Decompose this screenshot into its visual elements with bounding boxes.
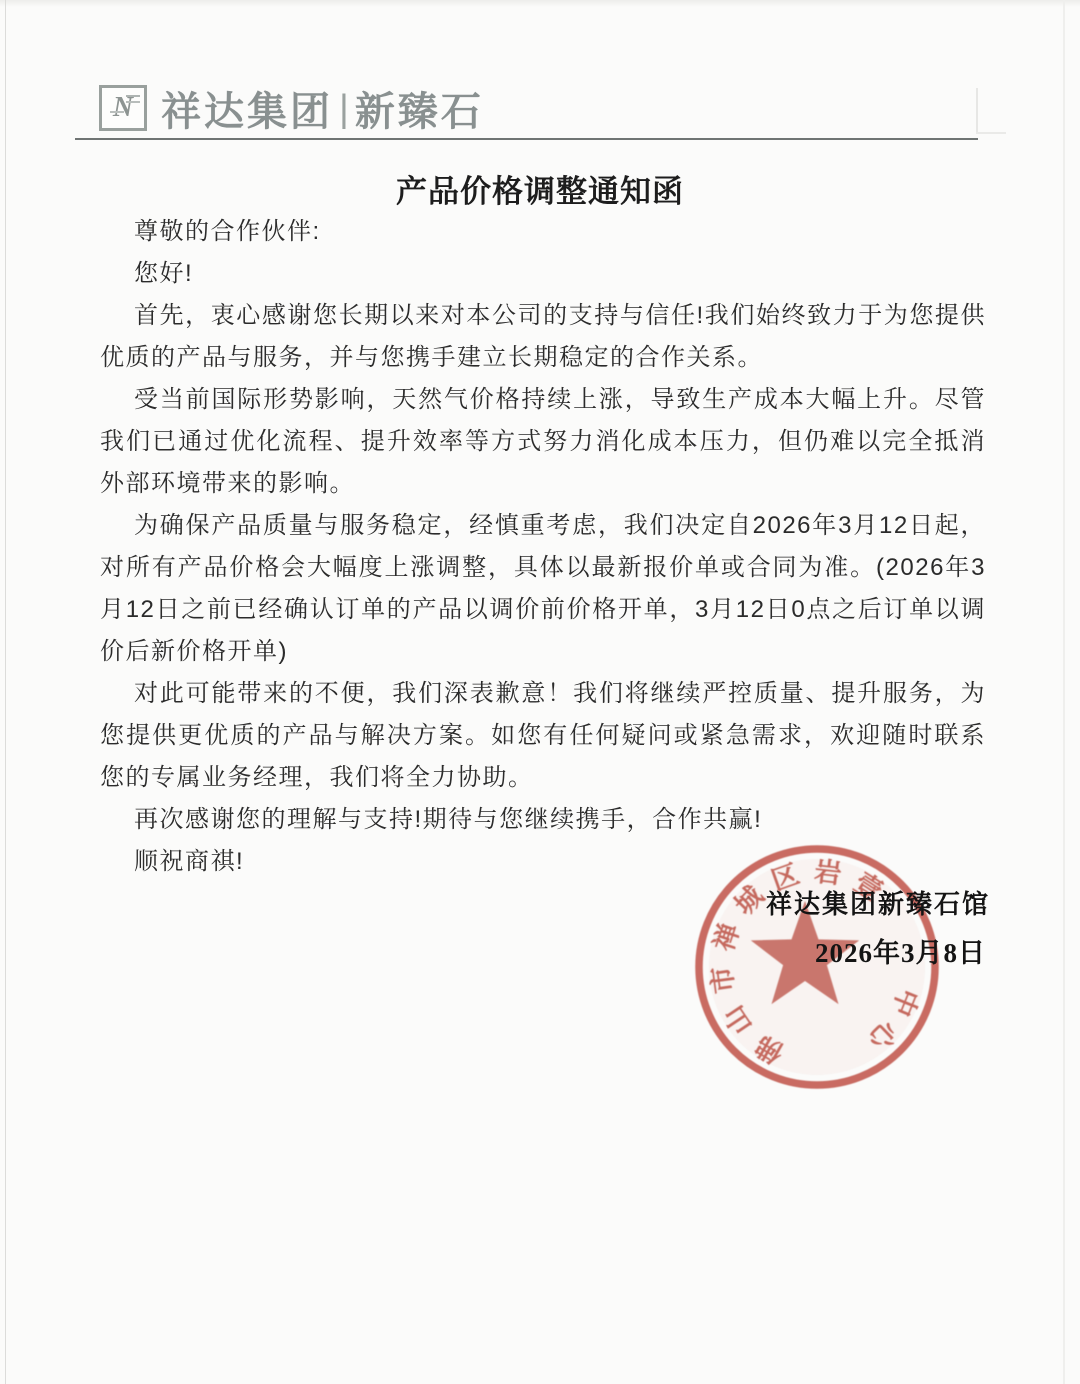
svg-text:市: 市 [706, 964, 739, 995]
paragraph: 为确保产品质量与服务稳定，经慎重考虑，我们决定自2026年3月12日起，对所有产… [100, 505, 986, 673]
letter-body: 尊敬的合作伙伴: 您好! 首先，衷心感谢您长期以来对本公司的支持与信任!我们始终… [100, 211, 986, 883]
letterhead: N 祥达集团 | 新臻石 [75, 84, 978, 140]
document-title: 产品价格调整通知函 [0, 166, 1080, 211]
signature-block: 祥达集团新臻石馆 2026年3月8日 [766, 880, 990, 978]
brand-name-group: 祥达集团 [161, 80, 333, 143]
salutation: 尊敬的合作伙伴: [100, 211, 986, 253]
brand-divider: | [339, 88, 349, 131]
paragraph: 对此可能带来的不便，我们深表歉意！我们将继续严控质量、提升服务，为您提供更优质的… [100, 673, 986, 799]
paragraph: 受当前国际形势影响，天然气价格持续上涨，导致生产成本大幅上升。尽管我们已通过优化… [100, 379, 986, 505]
closing-line: 再次感谢您的理解与支持!期待与您继续携手，合作共赢! [100, 799, 986, 841]
paragraph: 首先，衷心感谢您长期以来对本公司的支持与信任!我们始终致力于为您提供优质的产品与… [100, 295, 986, 379]
brand-name-product: 新臻石 [355, 80, 484, 143]
company-logo-icon: N [99, 85, 147, 131]
logo-monogram: N [113, 94, 133, 122]
scan-scratch-horizontal [976, 132, 1006, 134]
greeting: 您好! [100, 253, 986, 295]
scan-edge-top [0, 0, 1080, 7]
signature-company: 祥达集团新臻石馆 [766, 880, 990, 929]
signature-date: 2026年3月8日 [766, 929, 990, 978]
